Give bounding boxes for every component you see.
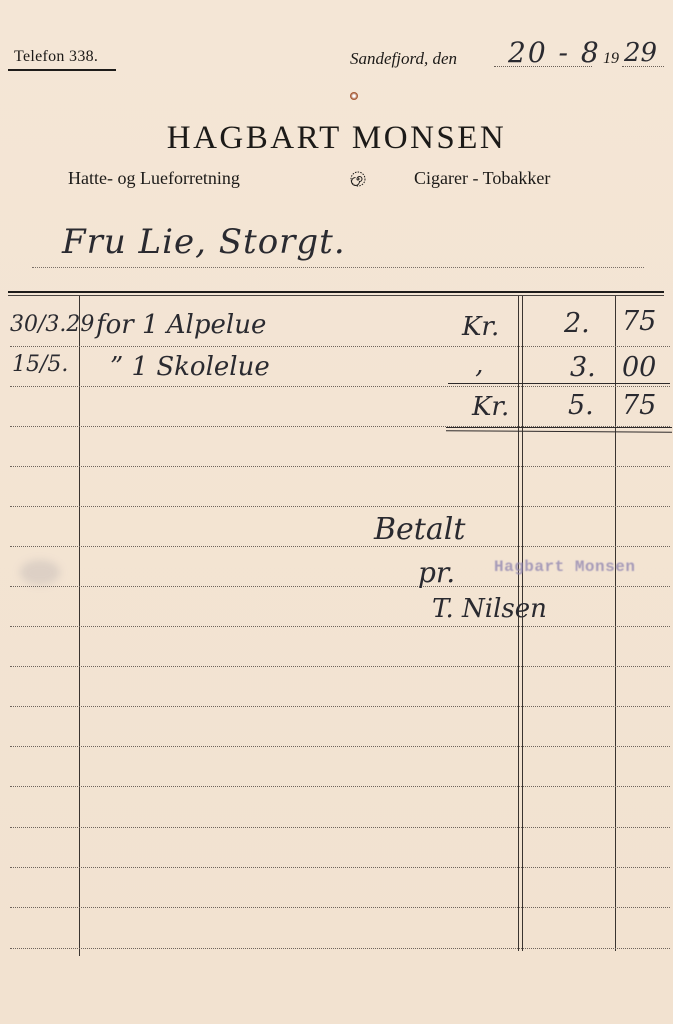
- table-row: [10, 506, 670, 507]
- table-row: [10, 827, 670, 828]
- line-1-kroner: 2.: [564, 308, 590, 339]
- telefon-underline: [8, 69, 116, 71]
- subtitle-right: Cigarer - Tobakker: [414, 168, 550, 189]
- firm-name: HAGBART MONSEN: [0, 120, 673, 157]
- subtotal-line: [448, 383, 670, 384]
- firm-stamp: Hagbart Monsen: [494, 558, 635, 576]
- total-ore: 75: [622, 390, 656, 421]
- date-handwritten: 20 - 8: [508, 36, 601, 69]
- line-1-ore: 75: [622, 306, 656, 337]
- table-row: [10, 586, 670, 587]
- total-underline-1: [446, 427, 672, 428]
- total-underline-2: [446, 430, 672, 433]
- customer-dotted-line: [32, 267, 644, 268]
- table-row: [10, 786, 670, 787]
- subtitle-left: Hatte- og Lueforretning: [68, 168, 240, 189]
- total-kroner: 5.: [568, 390, 594, 421]
- year-printed: 19: [603, 50, 619, 68]
- table-row: [10, 546, 670, 547]
- total-currency: Kr.: [472, 392, 509, 422]
- place-label: Sandefjord, den: [350, 49, 457, 69]
- line-1-description: for 1 Alpelue: [96, 310, 266, 340]
- line-2-currency: ‚: [475, 350, 483, 380]
- per-text: pr.: [418, 556, 455, 589]
- spiral-ornament-icon: [349, 170, 367, 188]
- invoice-paper: Telefon 338. Sandefjord, den 20 - 8 19 2…: [0, 0, 673, 1024]
- signature: T. Nilsen: [432, 594, 547, 624]
- line-2-ore: 00: [622, 352, 656, 383]
- table-row: [10, 466, 670, 467]
- table-row: [10, 867, 670, 868]
- table-row: [10, 386, 670, 387]
- table-row: [10, 346, 670, 347]
- line-1-currency: Kr.: [462, 312, 499, 342]
- table-top-rule: [8, 291, 664, 293]
- line-1-date: 30/3.29: [10, 312, 94, 337]
- table-row: [10, 746, 670, 747]
- customer-name: Fru Lie, Storgt.: [62, 222, 346, 262]
- table-row: [10, 666, 670, 667]
- paid-text: Betalt: [374, 512, 465, 547]
- table-row: [10, 948, 670, 949]
- table-top-rule-thin: [8, 295, 664, 296]
- line-2-description: ” 1 Skolelue: [110, 352, 270, 382]
- pin-hole: [350, 92, 358, 100]
- ink-smudge: [20, 560, 60, 585]
- table-row: [10, 706, 670, 707]
- table-row: [10, 907, 670, 908]
- line-2-kroner: 3.: [570, 352, 596, 383]
- table-row: [10, 626, 670, 627]
- line-2-date: 15/5.: [12, 352, 68, 377]
- ore-column-divider: [615, 296, 616, 951]
- telefon-label: Telefon 338.: [14, 48, 98, 66]
- year-handwritten: 29: [624, 38, 657, 68]
